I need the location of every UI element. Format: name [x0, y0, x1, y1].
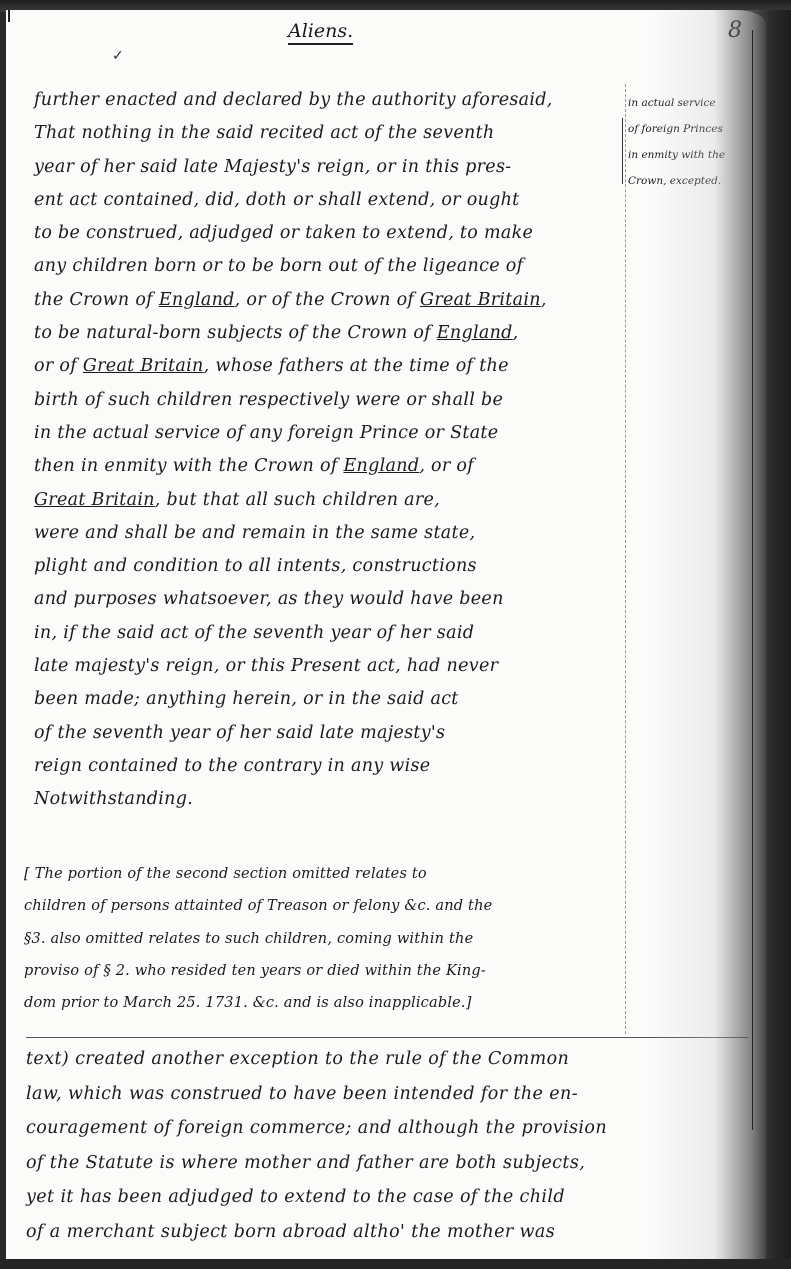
note-line: children of persons attainted of Treason… [24, 890, 609, 922]
margin-note-line: Crown, excepted. [628, 168, 748, 194]
note-line: dom prior to March 25. 1731. &c. and is … [24, 987, 609, 1019]
margin-note-line: of foreign Princes [628, 116, 748, 142]
text-line: couragement of foreign commerce; and alt… [26, 1111, 751, 1146]
text-line: and purposes whatsoever, as they would h… [34, 583, 624, 616]
text-line: late majesty's reign, or this Present ac… [34, 650, 624, 683]
page-title: Aliens. [288, 20, 353, 45]
text-line: birth of such children respectively were… [34, 384, 624, 417]
binding-rule [752, 30, 753, 1130]
scan-bottom-edge [0, 1259, 791, 1269]
text-line: the Crown of England, or of the Crown of… [34, 284, 624, 317]
text-line: been made; anything herein, or in the sa… [34, 683, 624, 716]
margin-rule [625, 84, 626, 1034]
text-line: year of her said late Majesty's reign, o… [34, 151, 624, 184]
text-line: plight and condition to all intents, con… [34, 550, 624, 583]
text-line: of a merchant subject born abroad altho'… [26, 1215, 751, 1250]
section-divider [26, 1037, 748, 1038]
scan-mark [8, 10, 10, 22]
text-line: reign contained to the contrary in any w… [34, 750, 624, 783]
note-line: §3. also omitted relates to such childre… [24, 923, 609, 955]
text-line: text) created another exception to the r… [26, 1042, 751, 1077]
margin-note-line: in actual service [628, 90, 748, 116]
text-line: in, if the said act of the seventh year … [34, 617, 624, 650]
main-statute-text: further enacted and declared by the auth… [34, 84, 624, 817]
text-line: ent act contained, did, doth or shall ex… [34, 184, 624, 217]
text-line: in the actual service of any foreign Pri… [34, 417, 624, 450]
page-number: 8 [728, 18, 742, 43]
note-line: proviso of § 2. who resided ten years or… [24, 955, 609, 987]
text-line: then in enmity with the Crown of England… [34, 450, 624, 483]
text-line: to be natural-born subjects of the Crown… [34, 317, 624, 350]
text-line: any children born or to be born out of t… [34, 250, 624, 283]
text-line: of the Statute is where mother and fathe… [26, 1146, 751, 1181]
text-line: to be construed, adjudged or taken to ex… [34, 217, 624, 250]
text-line: Notwithstanding. [34, 783, 624, 816]
text-line: yet it has been adjudged to extend to th… [26, 1180, 751, 1215]
margin-note-line: in enmity with the [628, 142, 748, 168]
text-line: were and shall be and remain in the same… [34, 517, 624, 550]
margin-note: in actual service of foreign Princes in … [628, 90, 748, 194]
text-line: or of Great Britain, whose fathers at th… [34, 350, 624, 383]
text-line: law, which was construed to have been in… [26, 1077, 751, 1112]
check-mark-icon: ✓ [112, 48, 124, 64]
editorial-note: [ The portion of the second section omit… [24, 858, 609, 1019]
note-line: [ The portion of the second section omit… [24, 858, 609, 890]
lower-commentary-text: text) created another exception to the r… [26, 1042, 751, 1250]
text-line: further enacted and declared by the auth… [34, 84, 624, 117]
text-line: Great Britain, but that all such childre… [34, 484, 624, 517]
text-line: of the seventh year of her said late maj… [34, 717, 624, 750]
text-line: That nothing in the said recited act of … [34, 117, 624, 150]
